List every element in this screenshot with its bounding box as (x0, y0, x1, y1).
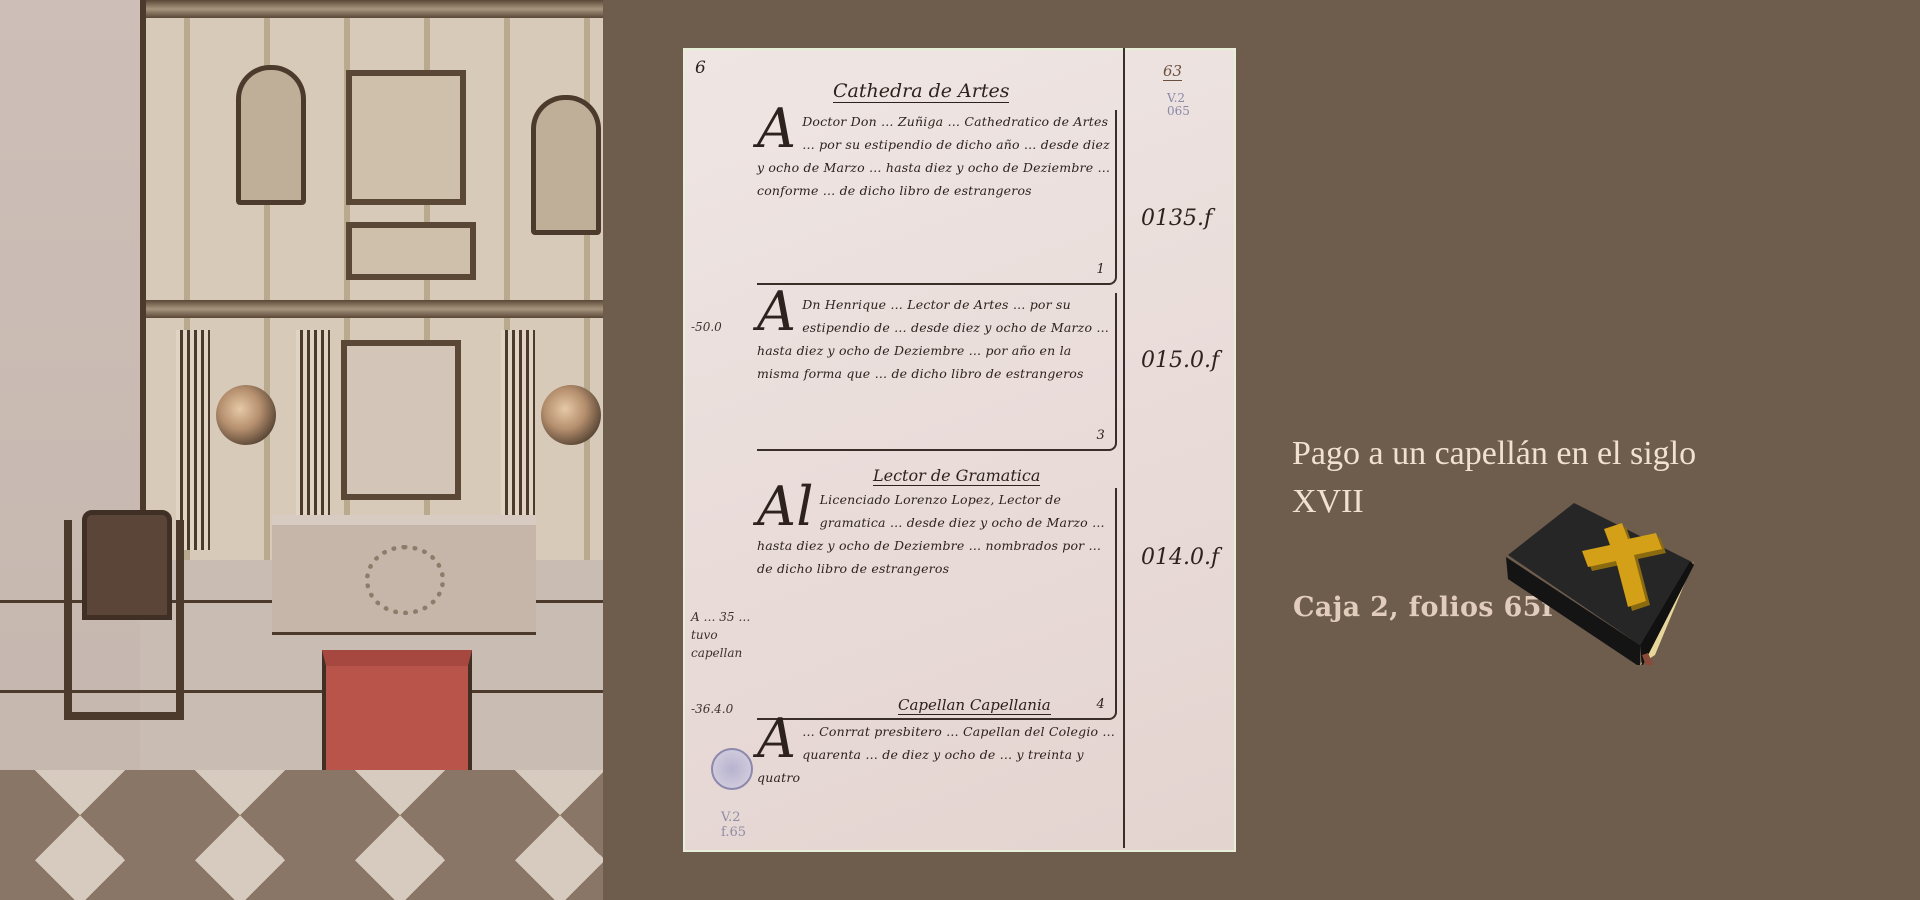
checkered-floor (0, 770, 603, 900)
archive-stamp-text: V.2 065 (1167, 92, 1190, 118)
margin-note: A … 35 … tuvo capellan (691, 608, 771, 662)
altar-photo (0, 0, 603, 900)
flower-arrangement-right (541, 385, 601, 445)
margin-rule (1123, 48, 1125, 848)
church-wall (0, 0, 140, 900)
red-kneeler (322, 650, 472, 775)
entry-amount: 015.0.f (1141, 348, 1219, 373)
manuscript-page: 6 63 V.2 065 Cathedra de Artes A Doctor … (683, 48, 1236, 852)
entry-initial: A (757, 289, 796, 335)
ledger-entry: A … Conrrat presbitero … Capellan del Co… (757, 720, 1117, 830)
archive-mark: V.2 f.65 (721, 810, 746, 840)
entry-number: 4 (1097, 693, 1105, 716)
section-heading: Capellan Capellania (898, 696, 1051, 715)
wooden-chair (64, 520, 184, 720)
entry-number: 1 (1097, 258, 1105, 281)
section-heading: Cathedra de Artes (833, 80, 1009, 103)
fluted-column (176, 330, 210, 550)
flower-arrangement-left (216, 385, 276, 445)
saint-statue-niche-left (236, 65, 306, 205)
entry-text: Doctor Don … Zuñiga … Cathedratico de Ar… (757, 114, 1110, 198)
entry-amount: 014.0.f (1141, 545, 1219, 570)
ledger-entry: Al Licenciado Lorenzo Lopez, Lector de g… (757, 488, 1117, 720)
bible-with-cross-icon (1500, 495, 1710, 665)
cornice (146, 0, 603, 18)
entry-initial: A (757, 716, 796, 762)
ledger-entry: A Doctor Don … Zuñiga … Cathedratico de … (757, 110, 1117, 285)
entry-amount: 0135.f (1141, 206, 1212, 231)
central-painting-frame (346, 70, 466, 205)
ledger-entry: A Dn Henrique … Lector de Artes … por su… (757, 293, 1117, 451)
section-heading: Lector de Gramatica (873, 466, 1040, 486)
entry-initial: A (757, 106, 796, 152)
entry-number: 3 (1097, 424, 1105, 447)
altar-emblem (365, 545, 445, 615)
folio-number: 63 (1163, 62, 1182, 81)
lower-niche (341, 340, 461, 500)
coat-of-arms-panel (346, 222, 476, 280)
entry-initial: Al (757, 484, 814, 530)
altarpiece-retablo (140, 0, 603, 560)
frieze (146, 300, 603, 318)
saint-statue-niche-right (531, 95, 601, 235)
margin-note: -36.4.0 (691, 702, 733, 716)
entry-text: Dn Henrique … Lector de Artes … por su e… (757, 297, 1109, 381)
archive-seal-stamp (711, 748, 753, 790)
leaf-number: 6 (695, 58, 706, 78)
margin-note: -50.0 (691, 320, 722, 334)
entry-text: … Conrrat presbitero … Capellan del Cole… (757, 724, 1115, 785)
